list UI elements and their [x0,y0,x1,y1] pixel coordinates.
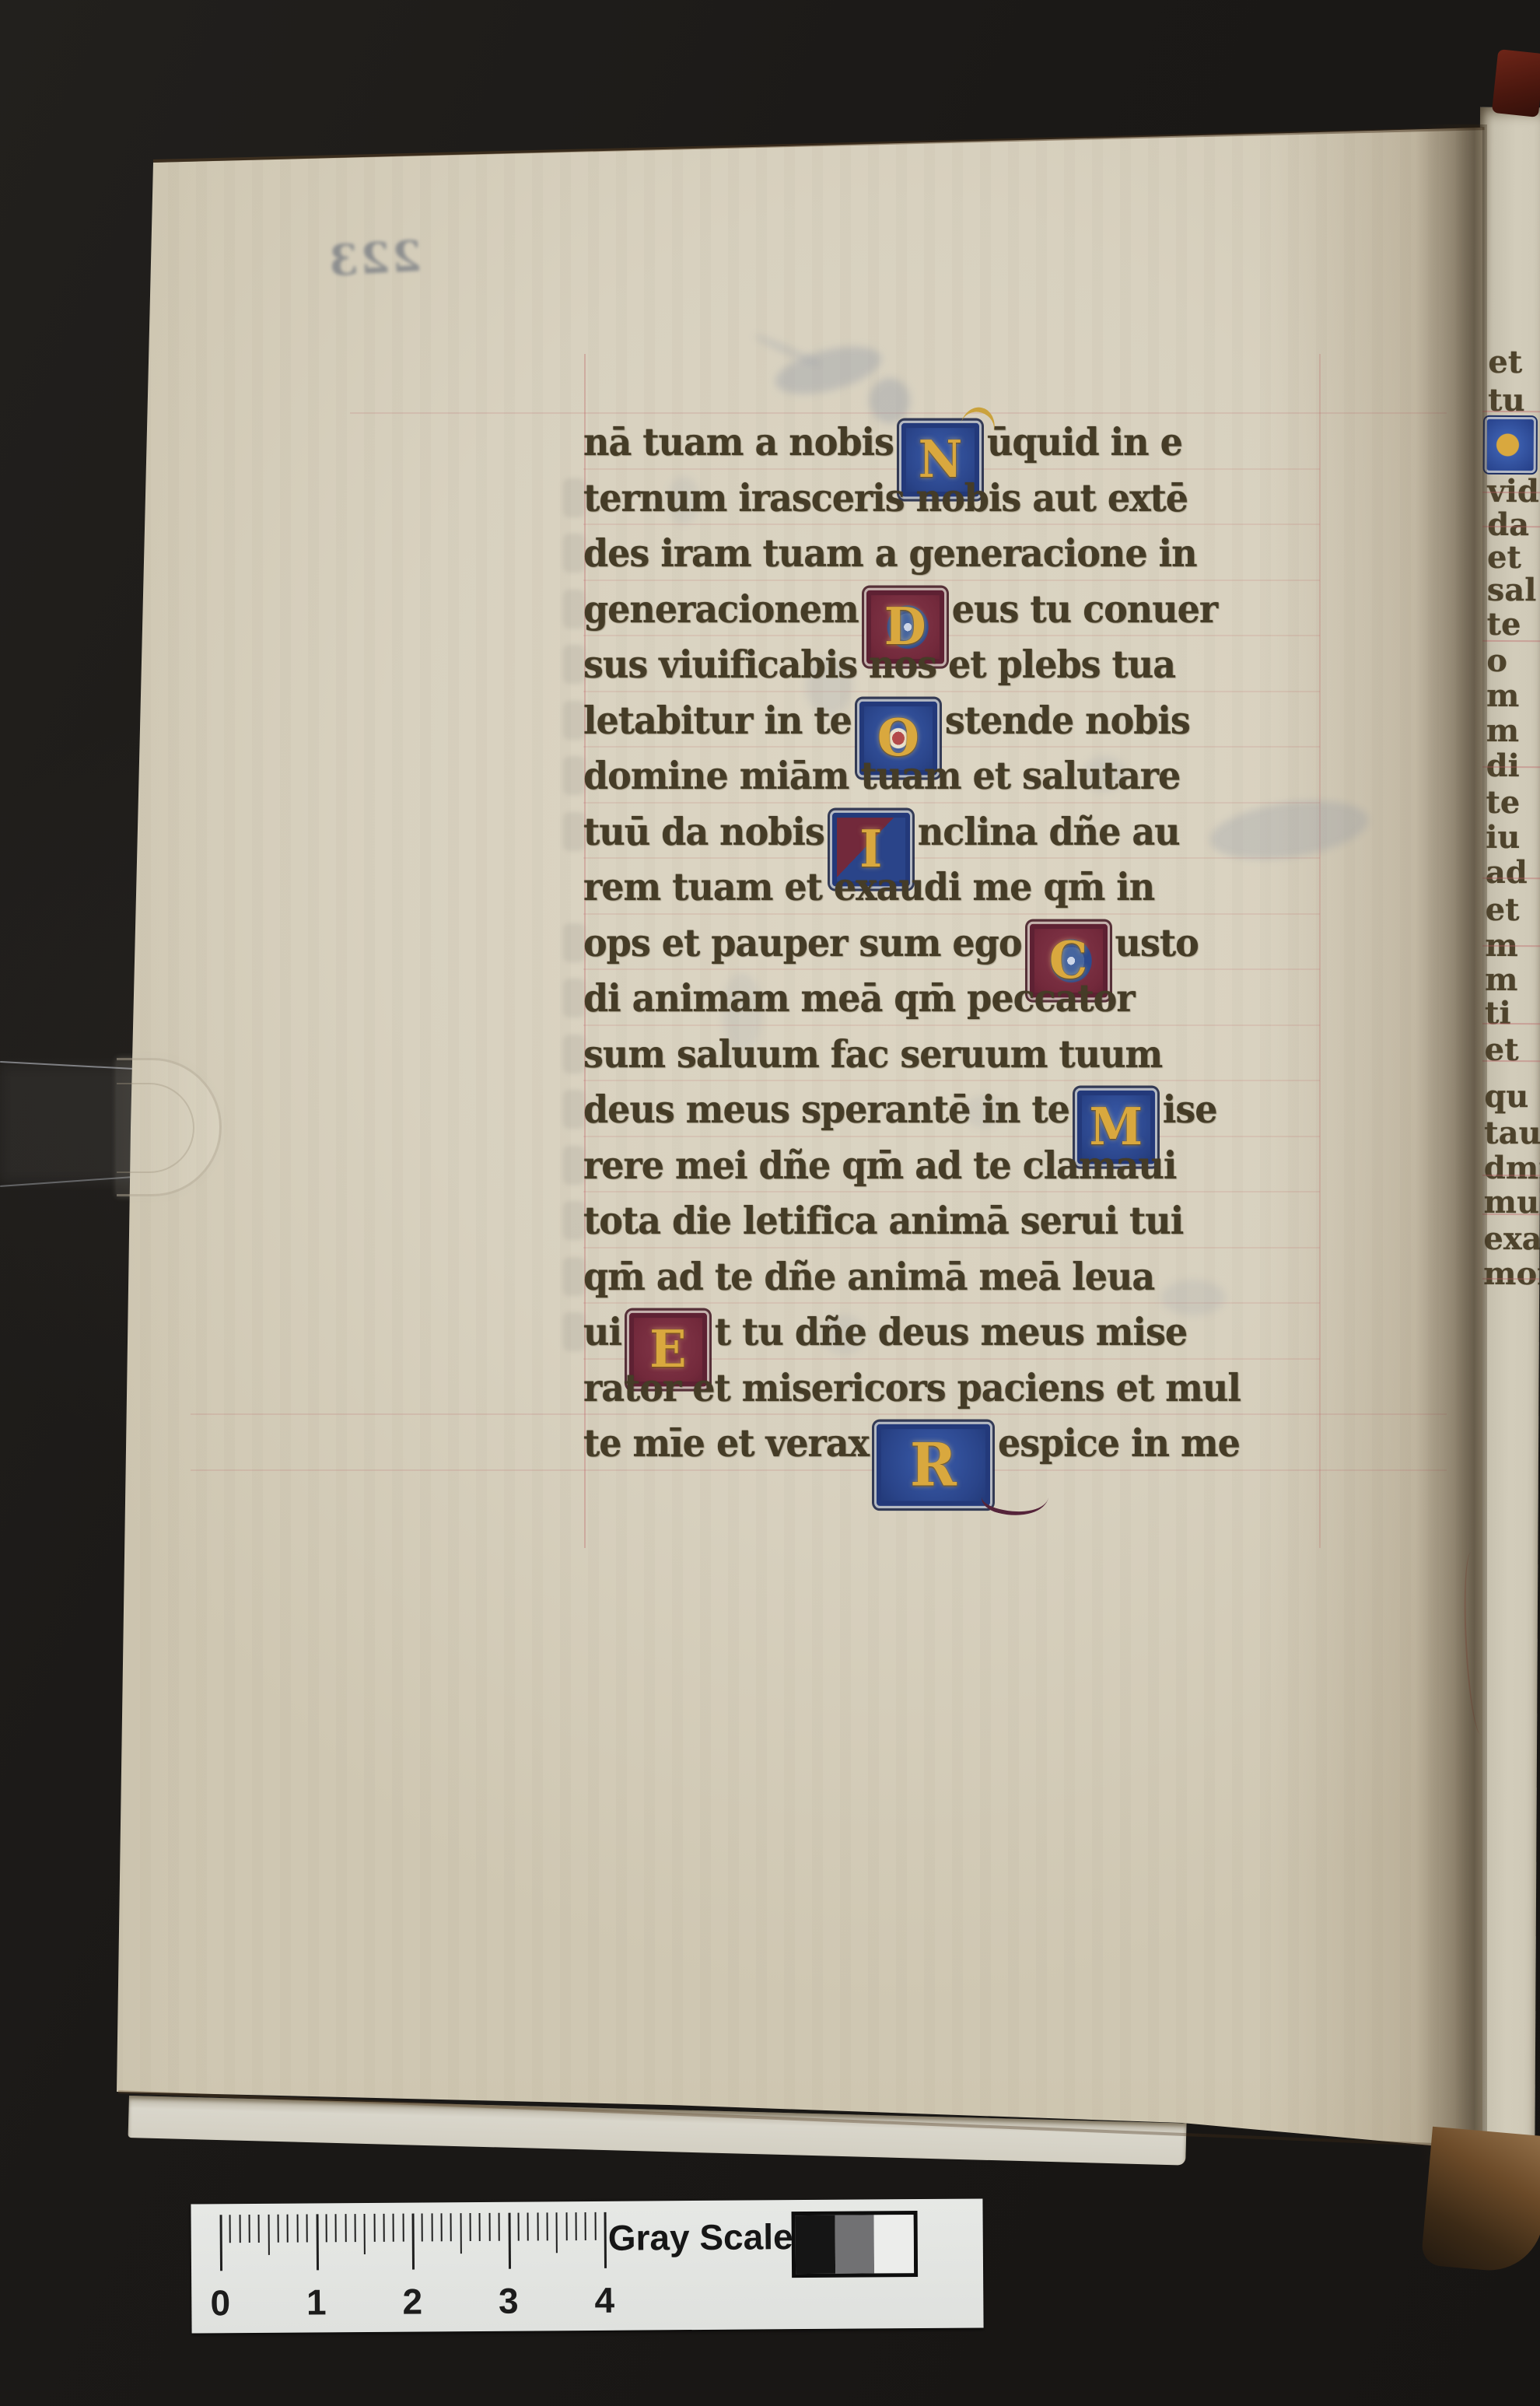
illuminated-initial-R: R [874,1422,992,1508]
gray-scale-patch [792,2211,919,2278]
scale-ruler: 01234 Gray Scale [191,2198,983,2333]
manuscript-text: usto [1115,920,1199,965]
facing-page-fragment: o [1486,646,1507,677]
manuscript-text: ternum irasceris nobis aut extē [583,475,1188,520]
showthrough-mark [563,756,585,795]
manuscript-text: sum saluum fac seruum tuum [583,1031,1162,1076]
showthrough-mark [563,1201,585,1240]
facing-page-fragment: mor me [1483,1259,1540,1291]
manuscript-line: uiEt tu dñe deus meus mise [583,1301,1324,1362]
ruler-tick [450,2213,452,2241]
facing-page-fragment: te [1486,787,1520,818]
gray-scale-label: Gray Scale [608,2215,793,2259]
ruler-tick [441,2213,443,2241]
manuscript-line: generacionemDeus tu conuer [583,579,1324,639]
ruler-tick [565,2212,567,2240]
gray-scale-black-patch [796,2215,835,2274]
ruler-tick [373,2214,375,2242]
ruler-tick [364,2214,366,2254]
showthrough-mark [563,590,585,629]
manuscript-line: des iram tuam a generacione in [583,523,1324,583]
manuscript-text: ūquid in e [987,420,1182,464]
ruler-tick [556,2212,558,2253]
ruler-tick [604,2212,607,2268]
ruler-tick [422,2213,423,2241]
showthrough-mark [563,979,585,1017]
manuscript-line: nā tuam a nobisNūquid in e [583,412,1324,472]
showthrough-mark [563,1312,585,1351]
ruler-tick [585,2212,586,2240]
facing-page-fragment: et [1486,895,1520,926]
facing-page-fragment: exaudi [1483,1224,1540,1256]
manuscript-line: domine miām tuam et salutare [583,745,1324,806]
ruler-tick [296,2215,298,2243]
binding-cover-corner [1492,49,1540,117]
folio-number-showthrough: 223 [325,231,422,285]
ruler-tick [278,2215,279,2243]
ruler-tick [546,2212,548,2240]
ruler-tick [393,2214,394,2242]
showthrough-mark [563,923,585,962]
manuscript-text: ops et pauper sum ego [583,920,1022,965]
facing-page-fragment: te [1486,609,1521,640]
ruler-ticks [191,2198,982,2204]
manuscript-text: rere mei dñe qm̄ ad te clamaui [583,1143,1176,1187]
manuscript-text: ui [583,1310,621,1354]
showthrough-mark [563,1146,585,1185]
manuscript-text: domine miām tuam et salutare [583,754,1180,798]
manuscript-text: deus meus sperantē in te [583,1087,1069,1132]
showthrough-mark [563,1257,585,1296]
manuscript-line: ternum irasceris nobis aut extē [583,468,1324,528]
facing-page-fragment: m [1485,965,1518,996]
ruler-number: 2 [389,2280,436,2322]
manuscript-text: des iram tuam a generacione in [583,531,1197,576]
manuscript-line: te mīe et veraxRespice in me [583,1413,1324,1473]
manuscript-line: sum saluum fac seruum tuum [583,1024,1324,1084]
ruler-numbers: 01234 [191,2198,982,2204]
ruler-number: 1 [293,2281,340,2323]
facing-page-fragment: ad [1486,857,1528,888]
ruler-tick [345,2214,346,2242]
gray-scale-mid-patch [835,2215,874,2273]
ruler-tick [268,2215,269,2255]
manuscript-line: deus meus sperantē in teMise [583,1079,1324,1140]
ruler-tick [488,2213,490,2241]
manuscript-text: rator et misericors paciens et mul [583,1365,1241,1410]
manuscript-text: stende nobis [945,698,1190,742]
gray-scale-white-patch [874,2215,914,2273]
ruler-tick [239,2215,240,2243]
ruler-tick [517,2213,519,2241]
ruler-tick [594,2212,596,2240]
ruler-number: 0 [197,2282,243,2324]
ruler-tick [537,2212,538,2240]
ruler-tick [335,2214,337,2242]
showthrough-mark [563,645,585,684]
facing-page-fragment: tau [1484,1118,1540,1149]
facing-page-ruling [1479,411,1540,412]
manuscript-line: rem tuam et exaudi me qm̄ in [583,856,1324,917]
manuscript-line: rator et misericors paciens et mul [583,1357,1324,1418]
ruler-tick [383,2214,384,2242]
ruler-tick [412,2214,415,2270]
showthrough-mark [563,1090,585,1129]
ruler-tick [229,2215,231,2243]
ruler-tick [316,2214,319,2270]
showthrough-mark [563,478,585,517]
manuscript-text: te mīe et verax [583,1421,869,1466]
ruler-tick [460,2213,461,2254]
manuscript-text: sus viuificabis nos et plebs tua [583,643,1175,687]
initial-letter: R [910,1430,957,1499]
ruler-tick [508,2213,511,2269]
ruler-tick [306,2215,308,2243]
manuscript-text: espice in me [998,1421,1240,1466]
facing-page-ruling [1478,492,1540,493]
facing-page-fragment: m [1486,716,1520,747]
ruler-tick [354,2214,355,2242]
manuscript-line: letabitur in teOstende nobis [583,690,1324,751]
ruler-tick [220,2215,223,2271]
manuscript-text: t tu dñe deus meus mise [715,1310,1187,1354]
facing-page-illuminated-initial [1485,417,1536,473]
manuscript-line: tuū da nobisInclina dñe au [583,801,1324,862]
manuscript-text: ise [1163,1087,1217,1132]
facing-page-fragment: qu [1484,1081,1528,1112]
ruler-tick [575,2212,576,2240]
ruler-tick [527,2213,529,2241]
ruler-tick [431,2213,432,2241]
manuscript-text: qm̄ ad te dñe animā meā leua [583,1254,1154,1298]
book-fore-edge [1421,2127,1540,2275]
manuscript-text: tota die letifica animā serui tui [583,1199,1183,1243]
ruler-tick [402,2214,404,2242]
ruler-tick [287,2215,289,2243]
showthrough-mark [563,701,585,740]
manuscript-photo-stage: ettuviddaetsalteommditeiuadetmmtietqutau… [0,0,1540,2406]
ruler-number: 4 [581,2279,628,2321]
showthrough-mark [563,812,585,851]
facing-page-fragment: sal [1487,575,1537,606]
manuscript-text: di animam meā qm̄ peccator [583,976,1135,1021]
ruler-tick [479,2213,481,2241]
facing-page-fragment: dmi [1484,1153,1540,1184]
manuscript-text: tuū da nobis [583,809,824,853]
ruler-tick [325,2214,327,2242]
manuscript-line: ops et pauper sum egoCusto [583,912,1324,973]
manuscript-text: nclina dñe au [918,809,1180,853]
facing-page-fragment: m [1486,681,1520,712]
facing-page-fragment: iu [1486,822,1520,853]
showthrough-mark [563,534,585,573]
gutter-shadow [1416,124,1487,2163]
ruler-tick [499,2213,500,2241]
ruler-tick [470,2213,471,2241]
manuscript-line: qm̄ ad te dñe animā meā leua [583,1246,1324,1307]
showthrough-mark [563,1035,585,1073]
manuscript-line: rere mei dñe qm̄ ad te clamaui [583,1135,1324,1196]
facing-page-fragment: et [1488,347,1522,378]
manuscript-line: tota die letifica animā serui tui [583,1190,1324,1251]
manuscript-text: eus tu conuer [952,587,1217,631]
manuscript-text: letabitur in te [583,698,852,742]
manuscript-text: nā tuam a nobis [583,420,894,464]
manuscript-text: generacionem [583,587,859,631]
manuscript-line: sus viuificabis nos et plebs tua [583,634,1324,695]
ruler-number: 3 [485,2279,532,2321]
manuscript-text: rem tuam et exaudi me qm̄ in [583,865,1154,909]
ink-smudge [752,332,822,369]
manuscript-line: di animam meā qm̄ peccator [583,968,1324,1028]
ruler-tick [249,2215,250,2243]
facing-page-fragment: et [1487,542,1521,573]
ruler-tick [258,2215,260,2243]
manuscript-page: 223 nā tuam a nobisNūquid in eternum ira… [0,0,1540,2406]
